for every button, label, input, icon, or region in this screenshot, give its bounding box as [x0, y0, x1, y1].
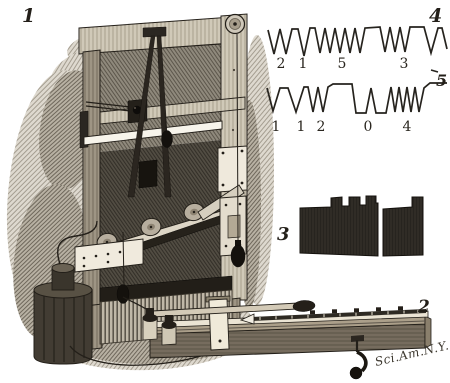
- figure-4-label: 4: [429, 5, 442, 27]
- figure-5-waveform: 1 1 2 0 4 5: [267, 71, 447, 135]
- engraving-plate: 1 2 1 5 3 4 1 1 2 0 4 5 3: [0, 0, 450, 383]
- waveform-4-digit: 3: [400, 56, 409, 72]
- waveform-4-trace: [268, 27, 447, 56]
- waveform-5-digit: 0: [364, 119, 373, 135]
- figure-3-blocks: 3: [277, 196, 423, 256]
- waveform-5-digit: 2: [317, 119, 326, 135]
- crank-knob: [350, 367, 362, 379]
- waveform-5-trace: [267, 83, 447, 113]
- waveform-5-digit: 1: [272, 119, 281, 135]
- toothed-block-right: [383, 197, 423, 256]
- pendulum-bob: [139, 160, 157, 188]
- figure-5-label: 5: [436, 71, 447, 90]
- figure-4-waveform: 2 1 5 3 4: [268, 5, 447, 72]
- figure-1-label: 1: [22, 5, 35, 27]
- figure-3-label: 3: [277, 224, 290, 245]
- waveform-5-digit: 4: [403, 119, 412, 135]
- waveform-4-digit: 2: [277, 56, 286, 72]
- waveform-4-digit: 1: [299, 56, 308, 72]
- waveform-4-digit: 5: [338, 56, 347, 72]
- engraving-canvas: 1 2 1 5 3 4 1 1 2 0 4 5 3: [0, 0, 450, 383]
- waveform-5-digit: 1: [297, 119, 306, 135]
- figure-2-label: 2: [417, 297, 430, 317]
- toothed-block-left: [300, 196, 378, 256]
- pulley-wheel: [226, 15, 245, 34]
